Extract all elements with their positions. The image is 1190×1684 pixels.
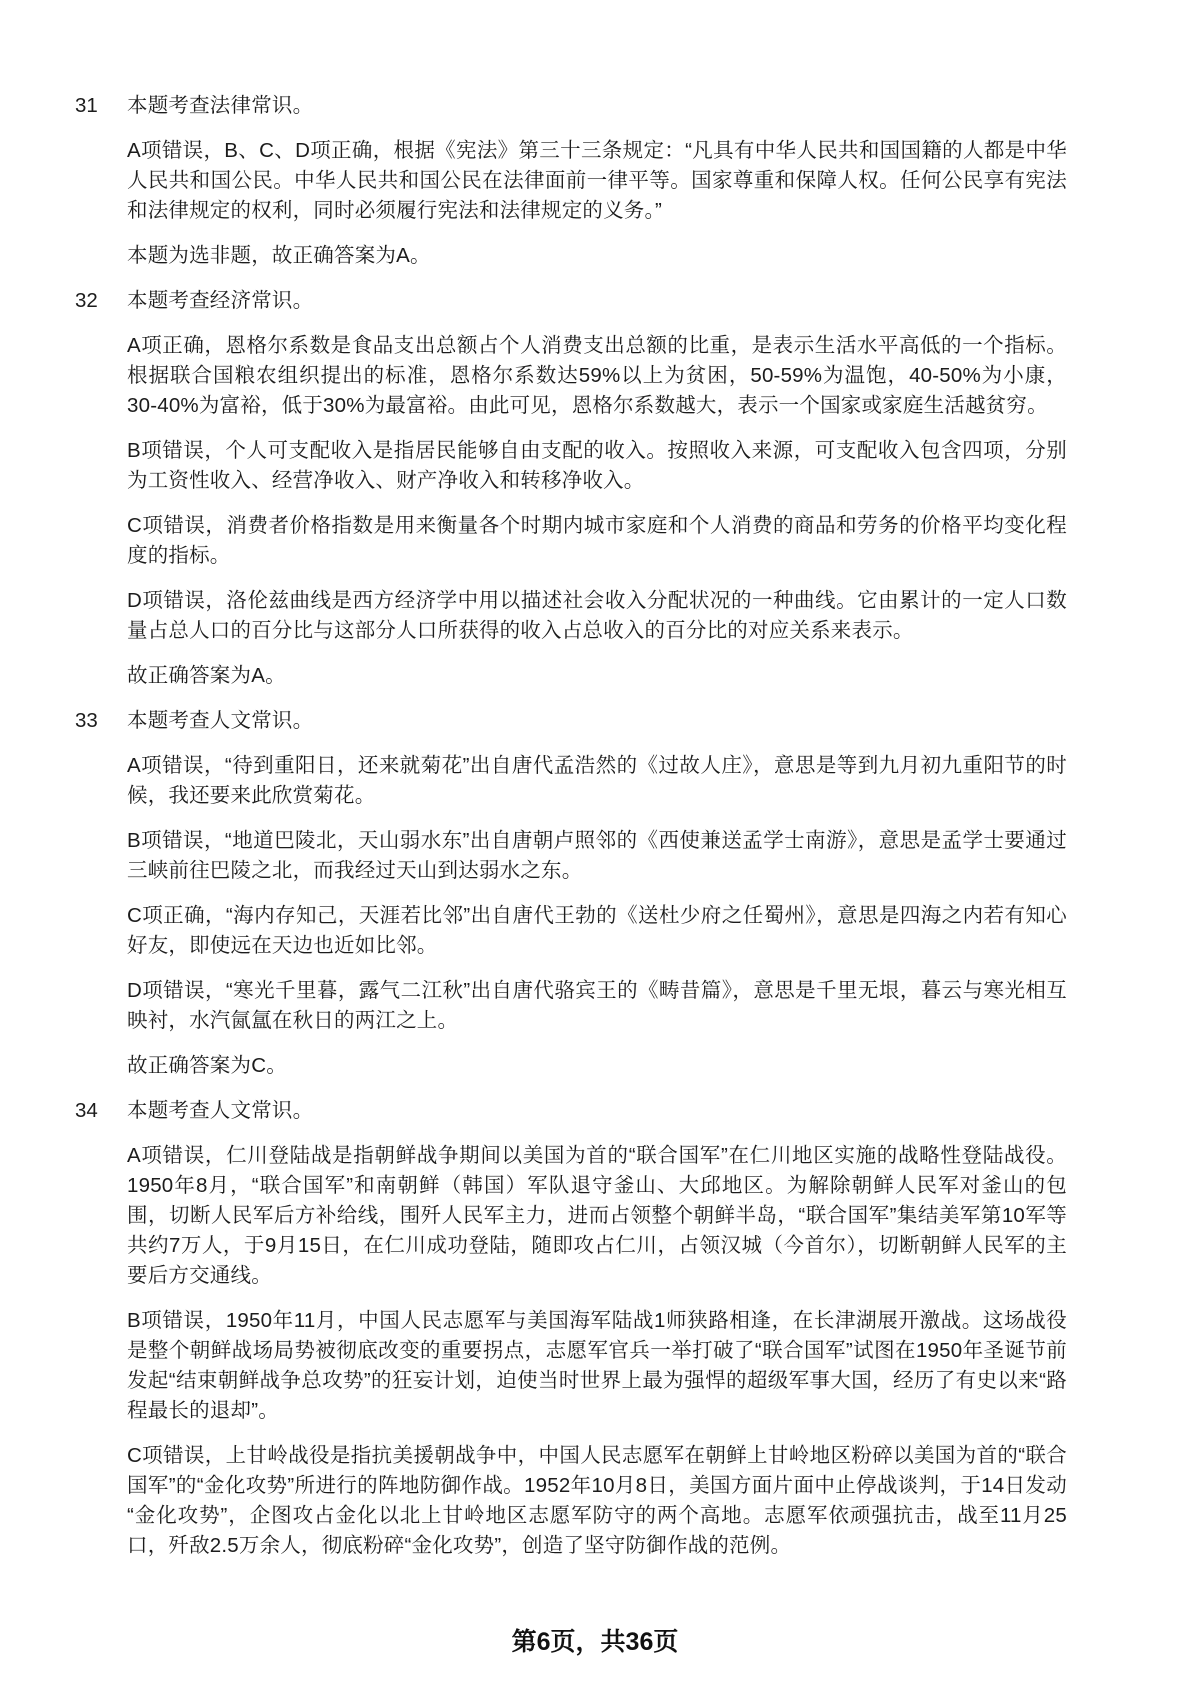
answer-content: 本题考查法律常识。A项错误，B、C、D项正确，根据《宪法》第三十三条规定：“凡具… [127, 91, 1067, 286]
answer-content: 本题考查人文常识。A项错误，“待到重阳日，还来就菊花”出自唐代孟浩然的《过故人庄… [127, 706, 1067, 1096]
question-number: 34 [75, 1096, 127, 1126]
item-paragraph: A项错误，“待到重阳日，还来就菊花”出自唐代孟浩然的《过故人庄》，意思是等到九月… [127, 751, 1067, 811]
item-paragraph: D项错误，洛伦兹曲线是西方经济学中用以描述社会收入分配状况的一种曲线。它由累计的… [127, 586, 1067, 646]
item-paragraph: 故正确答案为A。 [127, 661, 1067, 691]
item-paragraph: B项错误，1950年11月，中国人民志愿军与美国海军陆战1师狭路相逢，在长津湖展… [127, 1306, 1067, 1426]
answer-content: 本题考查经济常识。A项正确，恩格尔系数是食品支出总额占个人消费支出总额的比重，是… [127, 286, 1067, 706]
document-page: 31本题考查法律常识。A项错误，B、C、D项正确，根据《宪法》第三十三条规定：“… [0, 0, 1190, 1684]
item-paragraph: D项错误，“寒光千里暮，露气二江秋”出自唐代骆宾王的《畴昔篇》，意思是千里无垠，… [127, 976, 1067, 1036]
item-paragraph: 故正确答案为C。 [127, 1051, 1067, 1081]
item-paragraph: A项错误，仁川登陆战是指朝鲜战争期间以美国为首的“联合国军”在仁川地区实施的战略… [127, 1141, 1067, 1291]
item-heading: 本题考查人文常识。 [127, 1096, 1067, 1126]
item-paragraph: C项正确，“海内存知己，天涯若比邻”出自唐代王勃的《送杜少府之任蜀州》，意思是四… [127, 901, 1067, 961]
item-paragraph: A项错误，B、C、D项正确，根据《宪法》第三十三条规定：“凡具有中华人民共和国国… [127, 136, 1067, 226]
question-number: 32 [75, 286, 127, 316]
answer-content: 本题考查人文常识。A项错误，仁川登陆战是指朝鲜战争期间以美国为首的“联合国军”在… [127, 1096, 1067, 1576]
item-heading: 本题考查法律常识。 [127, 91, 1067, 121]
item-paragraph: B项错误，“地道巴陵北，天山弱水东”出自唐朝卢照邻的《西使兼送孟学士南游》，意思… [127, 826, 1067, 886]
item-paragraph: C项错误，上甘岭战役是指抗美援朝战争中，中国人民志愿军在朝鲜上甘岭地区粉碎以美国… [127, 1441, 1067, 1561]
item-paragraph: C项错误，消费者价格指数是用来衡量各个时期内城市家庭和个人消费的商品和劳务的价格… [127, 511, 1067, 571]
answer-item: 32本题考查经济常识。A项正确，恩格尔系数是食品支出总额占个人消费支出总额的比重… [0, 286, 1190, 706]
answers-list: 31本题考查法律常识。A项错误，B、C、D项正确，根据《宪法》第三十三条规定：“… [0, 0, 1190, 1576]
page-number-footer: 第6页，共36页 [0, 1622, 1190, 1658]
answer-item: 31本题考查法律常识。A项错误，B、C、D项正确，根据《宪法》第三十三条规定：“… [0, 91, 1190, 286]
question-number: 31 [75, 91, 127, 121]
item-heading: 本题考查人文常识。 [127, 706, 1067, 736]
item-paragraph: 本题为选非题，故正确答案为A。 [127, 241, 1067, 271]
question-number: 33 [75, 706, 127, 736]
answer-item: 34本题考查人文常识。A项错误，仁川登陆战是指朝鲜战争期间以美国为首的“联合国军… [0, 1096, 1190, 1576]
answer-item: 33本题考查人文常识。A项错误，“待到重阳日，还来就菊花”出自唐代孟浩然的《过故… [0, 706, 1190, 1096]
item-paragraph: B项错误，个人可支配收入是指居民能够自由支配的收入。按照收入来源，可支配收入包含… [127, 436, 1067, 496]
item-heading: 本题考查经济常识。 [127, 286, 1067, 316]
item-paragraph: A项正确，恩格尔系数是食品支出总额占个人消费支出总额的比重，是表示生活水平高低的… [127, 331, 1067, 421]
